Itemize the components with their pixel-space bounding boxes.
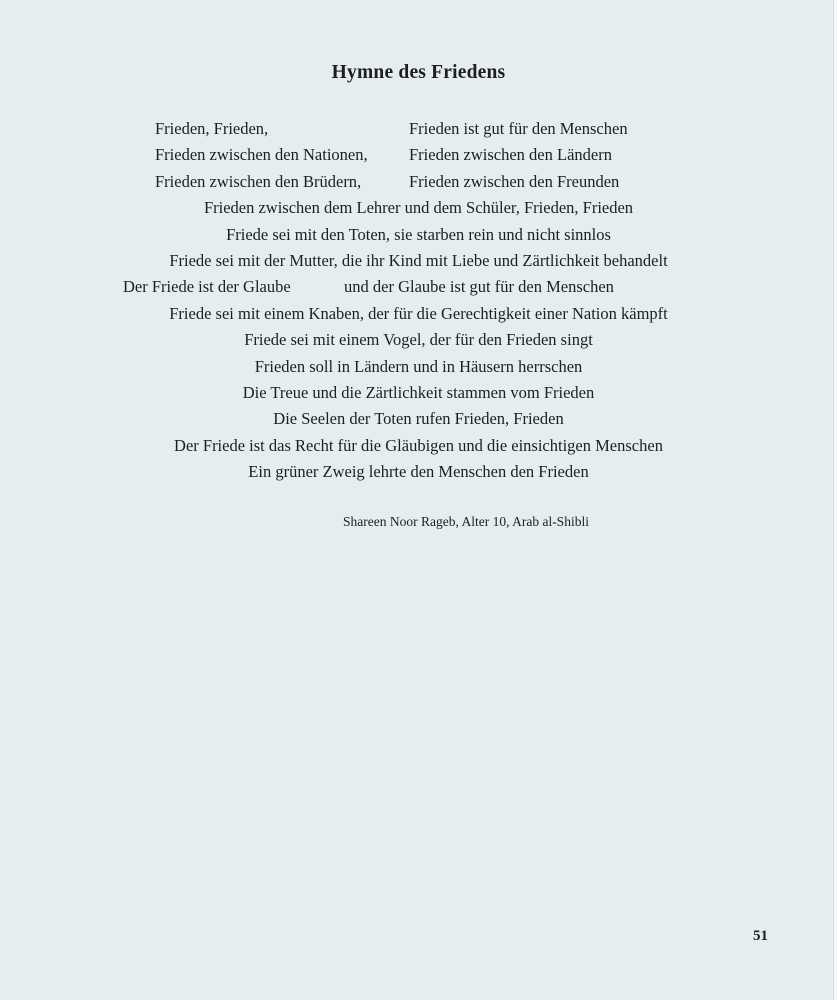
poem-line: Ein grüner Zweig lehrte den Menschen den… bbox=[0, 459, 837, 485]
poem-line-right: Frieden zwischen den Ländern bbox=[409, 142, 612, 168]
poem-line: Frieden zwischen den Nationen, Frieden z… bbox=[0, 142, 837, 168]
poem-line-right: Frieden zwischen den Freunden bbox=[409, 169, 619, 195]
poem-line: Der Friede ist das Recht für die Gläubig… bbox=[0, 433, 837, 459]
poem-line: Friede sei mit einem Knaben, der für die… bbox=[0, 301, 837, 327]
poem-line: Friede sei mit einem Vogel, der für den … bbox=[0, 327, 837, 353]
poem-line: Frieden zwischen dem Lehrer und dem Schü… bbox=[0, 195, 837, 221]
poem-line: Die Seelen der Toten rufen Frieden, Frie… bbox=[0, 406, 837, 432]
poem-line: Frieden soll in Ländern und in Häusern h… bbox=[0, 354, 837, 380]
poem-line: Friede sei mit den Toten, sie starben re… bbox=[0, 222, 837, 248]
poem-title: Hymne des Friedens bbox=[0, 62, 837, 84]
poem-line-left: Frieden zwischen den Nationen, bbox=[155, 142, 368, 168]
poem-line: Die Treue und die Zärtlichkeit stammen v… bbox=[0, 380, 837, 406]
poem-line-right: und der Glaube ist gut für den Menschen bbox=[344, 274, 614, 300]
poem-line: Frieden zwischen den Brüdern, Frieden zw… bbox=[0, 169, 837, 195]
page-number: 51 bbox=[753, 928, 768, 945]
poem-line-right: Frieden ist gut für den Menschen bbox=[409, 116, 628, 142]
poem-line: Friede sei mit der Mutter, die ihr Kind … bbox=[0, 248, 837, 274]
author-credit: Shareen Noor Rageb, Alter 10, Arab al-Sh… bbox=[343, 514, 589, 530]
poem-line: Frieden, Frieden, Frieden ist gut für de… bbox=[0, 116, 837, 142]
poem-line-left: Frieden zwischen den Brüdern, bbox=[155, 169, 361, 195]
poem-body: Frieden, Frieden, Frieden ist gut für de… bbox=[0, 116, 837, 485]
poem-line-left: Der Friede ist der Glaube bbox=[123, 274, 291, 300]
poem-line-left: Frieden, Frieden, bbox=[155, 116, 268, 142]
poem-line: Der Friede ist der Glaube und der Glaube… bbox=[0, 274, 837, 300]
